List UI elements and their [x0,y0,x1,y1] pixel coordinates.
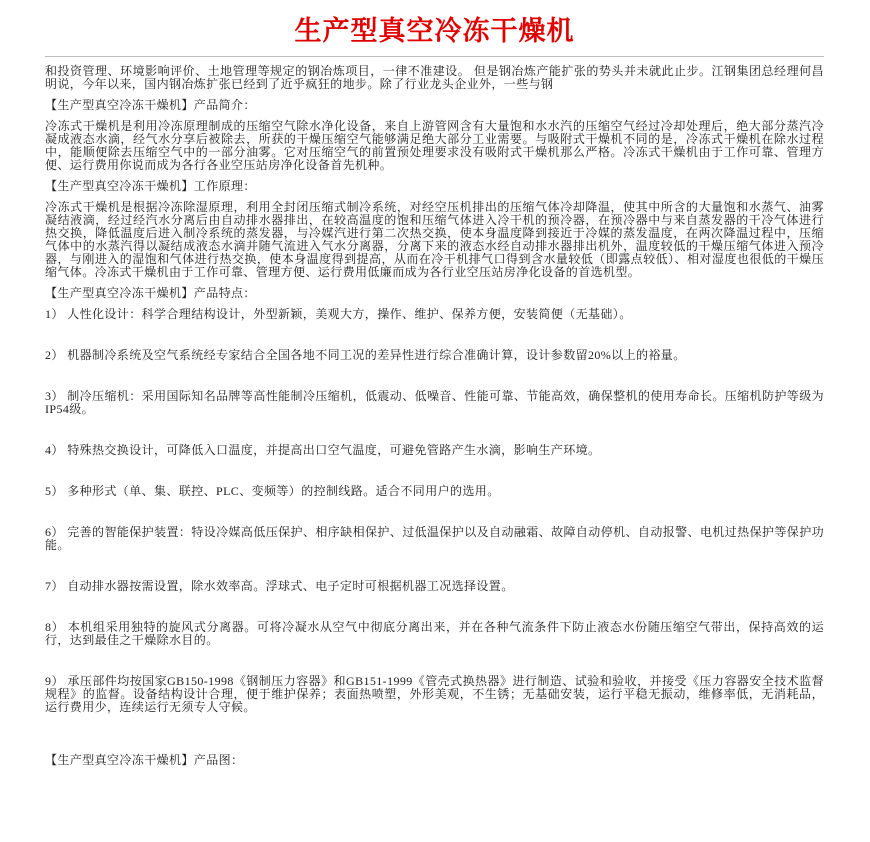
feature-item-6: 6） 完善的智能保护装置：特设冷媒高低压保护、相序缺相保护、过低温保护以及自动融… [45,526,824,552]
feature-item-7: 7） 自动排水器按需设置，除水效率高。浮球式、电子定时可根据机器工况选择设置。 [45,580,824,593]
section-heading-product-image: 【生产型真空冷冻干燥机】产品图： [45,754,824,767]
intro-paragraph: 和投资管理、环境影响评价、土地管理等规定的钢冶炼项目，一律不准建设。 但是钢冶炼… [45,65,824,91]
section-heading-product-features: 【生产型真空冷冻干燥机】产品特点： [45,287,824,300]
feature-item-3: 3） 制冷压缩机：采用国际知名品牌等高性能制冷压缩机，低震动、低噪音、性能可靠、… [45,390,824,416]
section-body-product-intro: 冷冻式干燥机是利用冷冻原理制成的压缩空气除水净化设备，来自上游管网含有大量饱和水… [45,120,824,172]
feature-item-9: 9） 承压部件均按国家GB150-1998《钢制压力容器》和GB151-1999… [45,675,824,714]
feature-item-5: 5） 多种形式（单、集、联控、PLC、变频等）的控制线路。适合不同用户的选用。 [45,485,824,498]
section-heading-working-principle: 【生产型真空冷冻干燥机】工作原理： [45,180,824,193]
document-page: 生产型真空冷冻干燥机 和投资管理、环境影响评价、土地管理等规定的钢冶炼项目，一律… [0,0,870,842]
feature-item-8: 8） 本机组采用独特的旋风式分离器。可将冷凝水从空气中彻底分离出来，并在各种气流… [45,621,824,647]
feature-item-2: 2） 机器制冷系统及空气系统经专家结合全国各地不同工况的差异性进行综合准确计算，… [45,349,824,362]
divider-line [45,56,824,57]
section-body-working-principle: 冷冻式干燥机是根据冷冻除湿原理，利用全封闭压缩式制冷系统，对经空压机排出的压缩气… [45,201,824,279]
section-heading-product-intro: 【生产型真空冷冻干燥机】产品简介： [45,99,824,112]
feature-item-4: 4） 特殊热交换设计，可降低入口温度，并提高出口空气温度，可避免管路产生水滴，影… [45,444,824,457]
page-title: 生产型真空冷冻干燥机 [45,14,824,48]
feature-item-1: 1） 人性化设计：科学合理结构设计，外型新颖，美观大方，操作、维护、保养方便，安… [45,308,824,321]
